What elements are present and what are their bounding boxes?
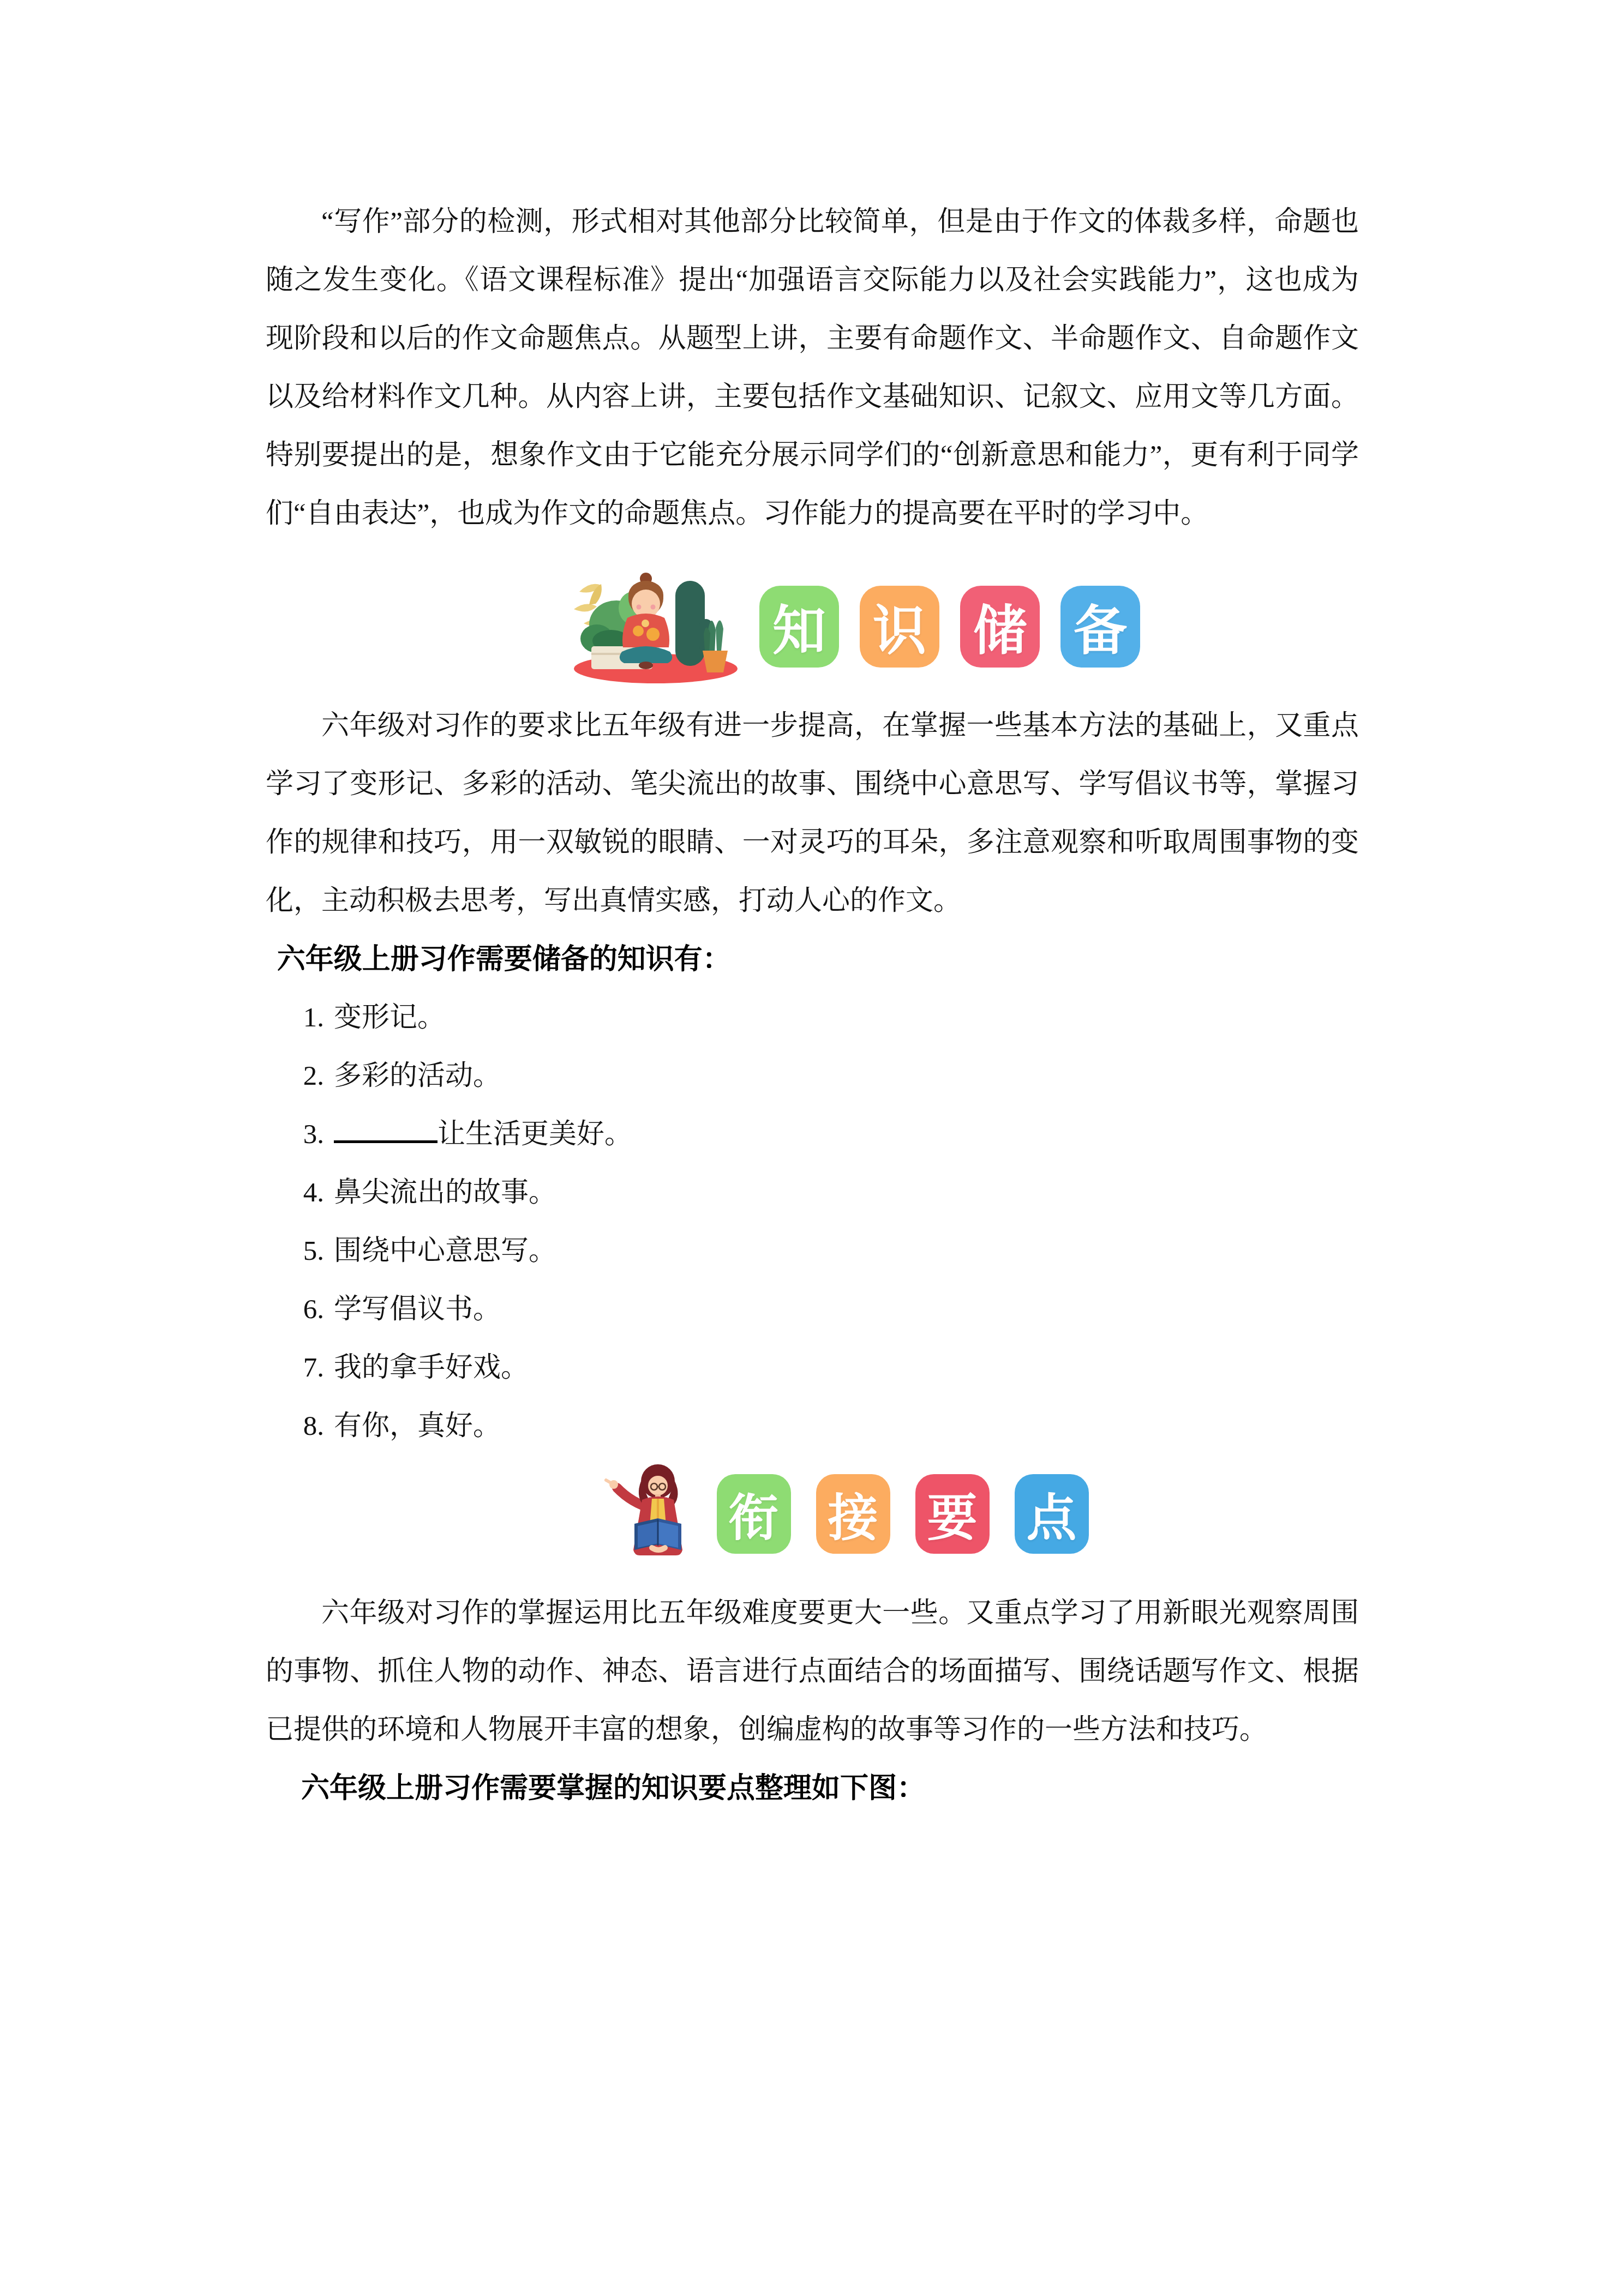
knowledge-list: 1.变形记。2.多彩的活动。3.让生活更美好。4.鼻尖流出的故事。5.围绕中心意… [266, 989, 1359, 1456]
badge-识: 识 [860, 586, 939, 668]
snake-plant [703, 620, 728, 672]
connection-points-badges: 衔接要点 [717, 1474, 1089, 1554]
list-item-text: 我的拿手好戏。 [334, 1353, 529, 1383]
knowledge-list-item: 6.学写倡议书。 [266, 1281, 1359, 1339]
knowledge-list-item: 4.鼻尖流出的故事。 [266, 1164, 1359, 1222]
connection-points-banner: 衔接要点 [298, 1457, 1392, 1571]
knowledge-paragraph: 六年级对习作的要求比五年级有进一步提高，在掌握一些基本方法的基础上，又重点学习了… [266, 697, 1359, 930]
badge-要: 要 [915, 1474, 990, 1554]
knowledge-list-heading: 六年级上册习作需要储备的知识有： [266, 930, 1359, 989]
list-item-text: 让生活更美好。 [438, 1119, 632, 1150]
knowledge-list-item: 5.围绕中心意思写。 [266, 1222, 1359, 1281]
knowledge-reserve-banner: 知识储备 [305, 568, 1398, 685]
list-item-number: 7. [303, 1353, 324, 1383]
badge-备: 备 [1060, 586, 1140, 668]
holding-hand [652, 1548, 665, 1550]
badge-衔: 衔 [717, 1474, 791, 1554]
reading-girl [620, 573, 672, 669]
list-item-text: 有你，真好。 [334, 1411, 501, 1441]
list-item-text: 多彩的活动。 [334, 1061, 501, 1091]
list-item-text: 变形记。 [334, 1002, 445, 1033]
list-item-number: 1. [303, 1002, 324, 1033]
knowledge-list-item: 8.有你，真好。 [266, 1397, 1359, 1456]
knowledge-reserve-badges: 知识储备 [759, 586, 1140, 668]
open-book [634, 1518, 681, 1550]
teacher-pointing-illustration [602, 1459, 703, 1568]
knowledge-list-item: 7.我的拿手好戏。 [266, 1339, 1359, 1397]
list-item-number: 2. [303, 1061, 324, 1091]
knowledge-list-item: 3.让生活更美好。 [266, 1105, 1359, 1164]
connection-paragraph: 六年级对习作的掌握运用比五年级难度要更大一些。又重点学习了用新眼光观察周围的事物… [266, 1584, 1359, 1759]
badge-储: 储 [960, 586, 1040, 668]
list-item-text: 鼻尖流出的故事。 [334, 1177, 556, 1208]
list-item-number: 3. [303, 1119, 324, 1150]
fill-in-blank-underline [334, 1118, 438, 1143]
knowledge-list-item: 1.变形记。 [266, 989, 1359, 1047]
knowledge-list-item: 2.多彩的活动。 [266, 1047, 1359, 1105]
final-note-line: 六年级上册习作需要掌握的知识要点整理如下图： [266, 1759, 1359, 1818]
document-page-content: “写作”部分的检测，形式相对其他部分比较简单，但是由于作文的体裁多样，命题也随之… [266, 193, 1359, 1818]
list-item-text: 围绕中心意思写。 [334, 1236, 556, 1266]
list-item-number: 5. [303, 1236, 324, 1266]
badge-接: 接 [816, 1474, 890, 1554]
list-item-number: 6. [303, 1294, 324, 1325]
girl-reading-among-plants-illustration [563, 569, 743, 684]
list-item-number: 4. [303, 1177, 324, 1208]
badge-知: 知 [759, 586, 839, 668]
list-item-number: 8. [303, 1411, 324, 1441]
intro-paragraph: “写作”部分的检测，形式相对其他部分比较简单，但是由于作文的体裁多样，命题也随之… [266, 193, 1359, 543]
list-item-text: 学写倡议书。 [334, 1294, 501, 1325]
badge-点: 点 [1015, 1474, 1089, 1554]
